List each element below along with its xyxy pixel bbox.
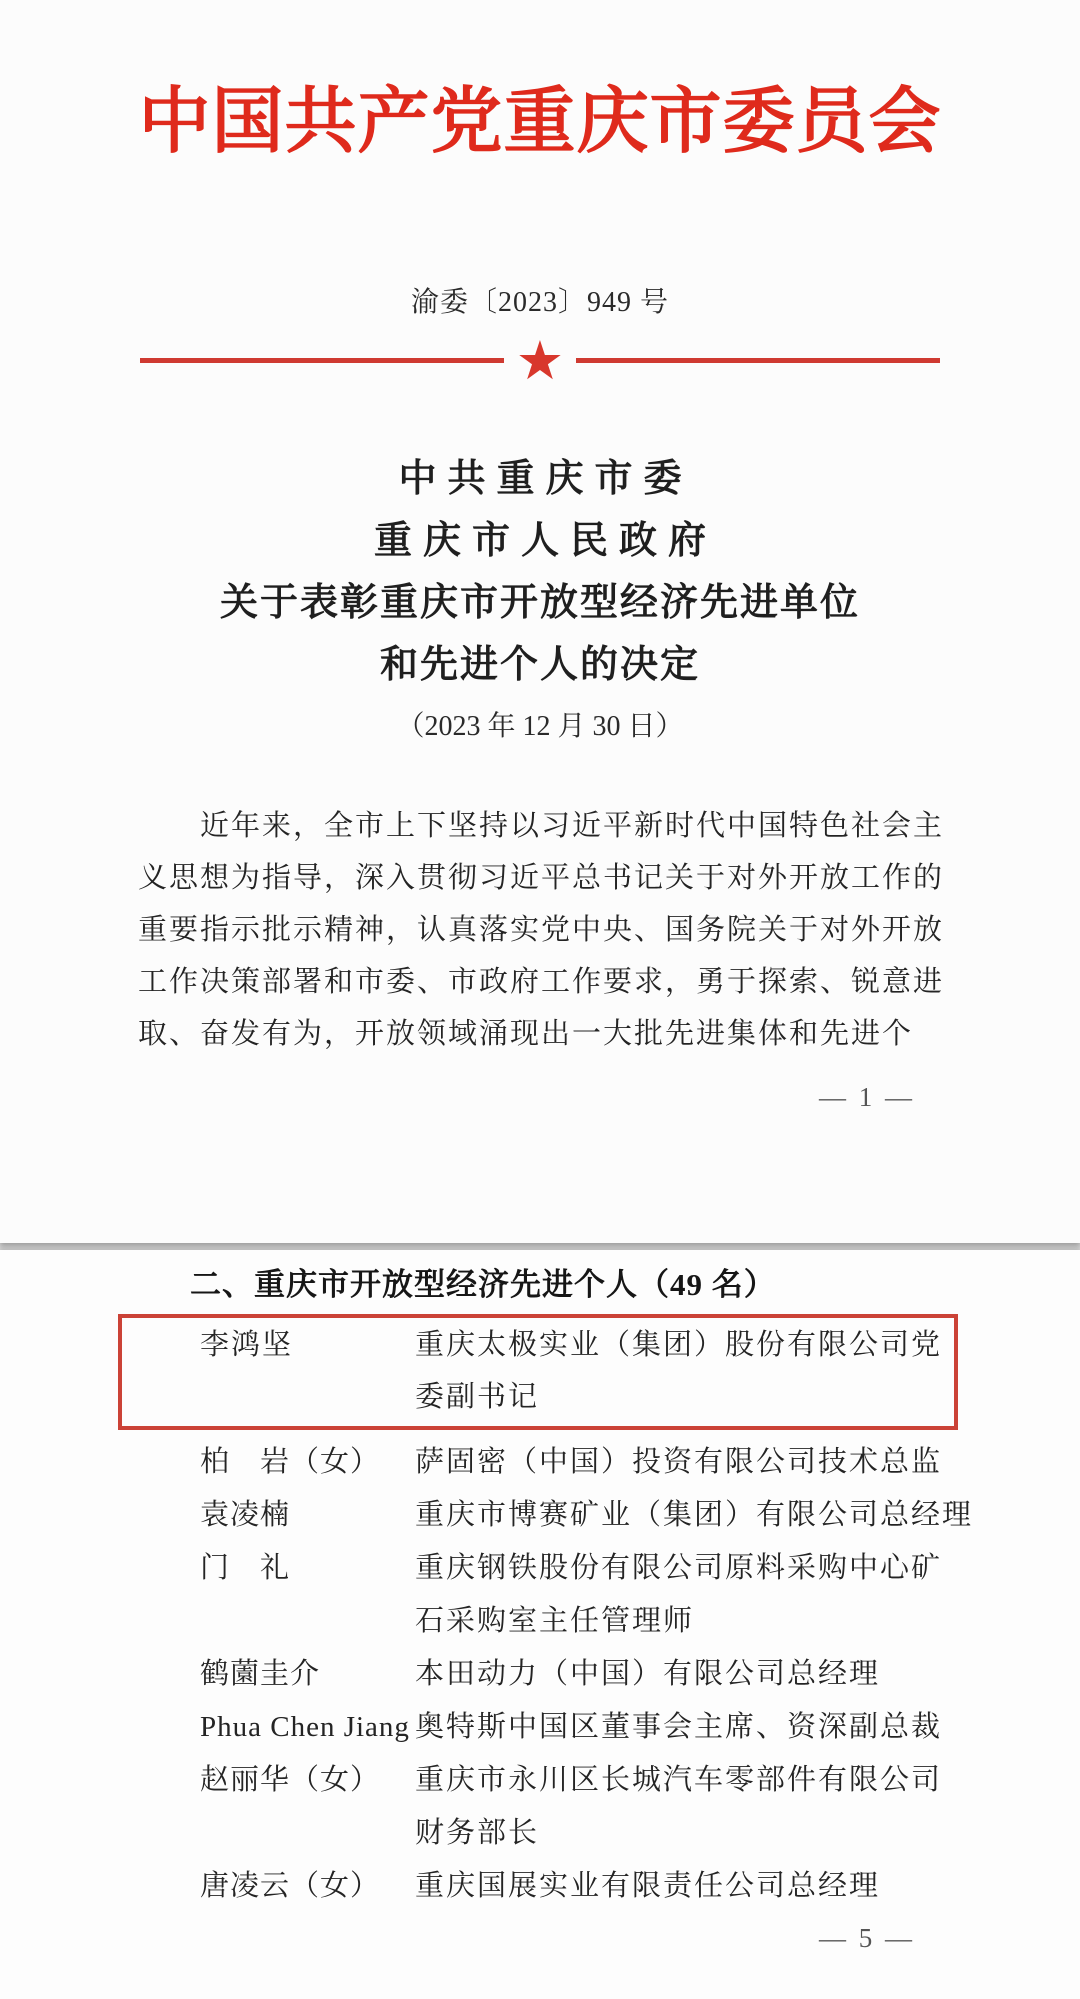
person-name: 柏 岩（女）	[200, 1436, 415, 1489]
person-title-line: 本田动力（中国）有限公司总经理	[415, 1648, 960, 1701]
section-heading: 二、重庆市开放型经济先进个人（49 名）	[190, 1250, 1080, 1306]
title-line-3: 关于表彰重庆市开放型经济先进单位	[0, 572, 1080, 634]
person-title-line: 重庆市永川区长城汽车零部件有限公司	[415, 1754, 960, 1807]
person-title-line: 重庆钢铁股份有限公司原料采购中心矿	[415, 1542, 960, 1595]
person-name: 袁凌楠	[200, 1489, 415, 1542]
person-title-line: 奥特斯中国区董事会主席、资深副总裁	[415, 1701, 960, 1754]
roster-row: 袁凌楠 重庆市博赛矿业（集团）有限公司总经理	[200, 1489, 960, 1542]
divider-line-right	[576, 358, 940, 363]
person-title: 重庆市永川区长城汽车零部件有限公司 财务部长	[415, 1754, 960, 1860]
person-name: 门 礼	[200, 1542, 415, 1648]
person-title: 重庆国展实业有限责任公司总经理	[415, 1860, 960, 1913]
body-line: 义思想为指导，深入贯彻习近平总书记关于对外开放工作的	[138, 852, 944, 904]
person-title: 重庆太极实业（集团）股份有限公司党 委副书记	[415, 1319, 954, 1423]
document-page-2: 二、重庆市开放型经济先进个人（49 名） 李鸿坚 重庆太极实业（集团）股份有限公…	[0, 1250, 1080, 1999]
divider-line-left	[140, 358, 504, 363]
person-title: 重庆市博赛矿业（集团）有限公司总经理	[415, 1489, 973, 1542]
page-number-1: — 1 —	[0, 1082, 1080, 1113]
roster-row: 赵丽华（女） 重庆市永川区长城汽车零部件有限公司 财务部长	[200, 1754, 960, 1860]
person-title: 萨固密（中国）投资有限公司技术总监	[415, 1436, 960, 1489]
roster-row: 柏 岩（女） 萨固密（中国）投资有限公司技术总监	[200, 1436, 960, 1489]
person-title: 本田动力（中国）有限公司总经理	[415, 1648, 960, 1701]
roster-list: 柏 岩（女） 萨固密（中国）投资有限公司技术总监 袁凌楠 重庆市博赛矿业（集团）…	[200, 1436, 960, 1913]
person-name: 鹤薗圭介	[200, 1648, 415, 1701]
roster-row: Phua Chen Jiang 奥特斯中国区董事会主席、资深副总裁	[200, 1701, 960, 1754]
roster-row-highlighted: 李鸿坚 重庆太极实业（集团）股份有限公司党 委副书记	[122, 1319, 954, 1423]
person-title-line: 萨固密（中国）投资有限公司技术总监	[415, 1436, 960, 1489]
person-name: 唐凌云（女）	[200, 1860, 415, 1913]
page-number-5: — 5 —	[0, 1923, 1080, 1954]
star-icon: ★	[504, 337, 576, 385]
person-title: 奥特斯中国区董事会主席、资深副总裁	[415, 1701, 960, 1754]
title-line-4: 和先进个人的决定	[0, 634, 1080, 696]
document-title: 中共重庆市委 重庆市人民政府 关于表彰重庆市开放型经济先进单位 和先进个人的决定	[0, 448, 1080, 696]
body-line: 取、奋发有为，开放领域涌现出一大批先进集体和先进个	[138, 1008, 944, 1060]
document-page-1: 中国共产党重庆市委员会 渝委〔2023〕949 号 ★ 中共重庆市委 重庆市人民…	[0, 0, 1080, 1243]
body-line: 工作决策部署和市委、市政府工作要求，勇于探索、锐意进	[138, 956, 944, 1008]
person-title-line: 委副书记	[415, 1371, 954, 1423]
red-divider: ★	[140, 336, 940, 384]
person-title-line: 财务部长	[415, 1807, 960, 1860]
person-title: 重庆钢铁股份有限公司原料采购中心矿 石采购室主任管理师	[415, 1542, 960, 1648]
body-paragraph: 近年来，全市上下坚持以习近平新时代中国特色社会主 义思想为指导，深入贯彻习近平总…	[138, 800, 944, 1060]
person-name: Phua Chen Jiang	[200, 1701, 415, 1754]
roster-row: 鹤薗圭介 本田动力（中国）有限公司总经理	[200, 1648, 960, 1701]
document-screenshot: 中国共产党重庆市委员会 渝委〔2023〕949 号 ★ 中共重庆市委 重庆市人民…	[0, 0, 1080, 1999]
roster-row: 门 礼 重庆钢铁股份有限公司原料采购中心矿 石采购室主任管理师	[200, 1542, 960, 1648]
person-title-line: 重庆国展实业有限责任公司总经理	[415, 1860, 960, 1913]
title-line-1: 中共重庆市委	[0, 448, 1080, 510]
person-title-line: 重庆太极实业（集团）股份有限公司党	[415, 1319, 954, 1371]
person-title-line: 重庆市博赛矿业（集团）有限公司总经理	[415, 1489, 973, 1542]
highlight-box: 李鸿坚 重庆太极实业（集团）股份有限公司党 委副书记	[118, 1314, 958, 1430]
body-line: 近年来，全市上下坚持以习近平新时代中国特色社会主	[138, 800, 944, 852]
body-line: 重要指示批示精神，认真落实党中央、国务院关于对外开放	[138, 904, 944, 956]
title-line-2: 重庆市人民政府	[0, 510, 1080, 572]
roster-row: 唐凌云（女） 重庆国展实业有限责任公司总经理	[200, 1860, 960, 1913]
org-header-red-title: 中国共产党重庆市委员会	[0, 0, 1080, 158]
doc-number: 渝委〔2023〕949 号	[0, 286, 1080, 320]
person-name: 李鸿坚	[122, 1319, 415, 1423]
document-date: （2023 年 12 月 30 日）	[0, 710, 1080, 744]
person-title-line: 石采购室主任管理师	[415, 1595, 960, 1648]
person-name: 赵丽华（女）	[200, 1754, 415, 1860]
